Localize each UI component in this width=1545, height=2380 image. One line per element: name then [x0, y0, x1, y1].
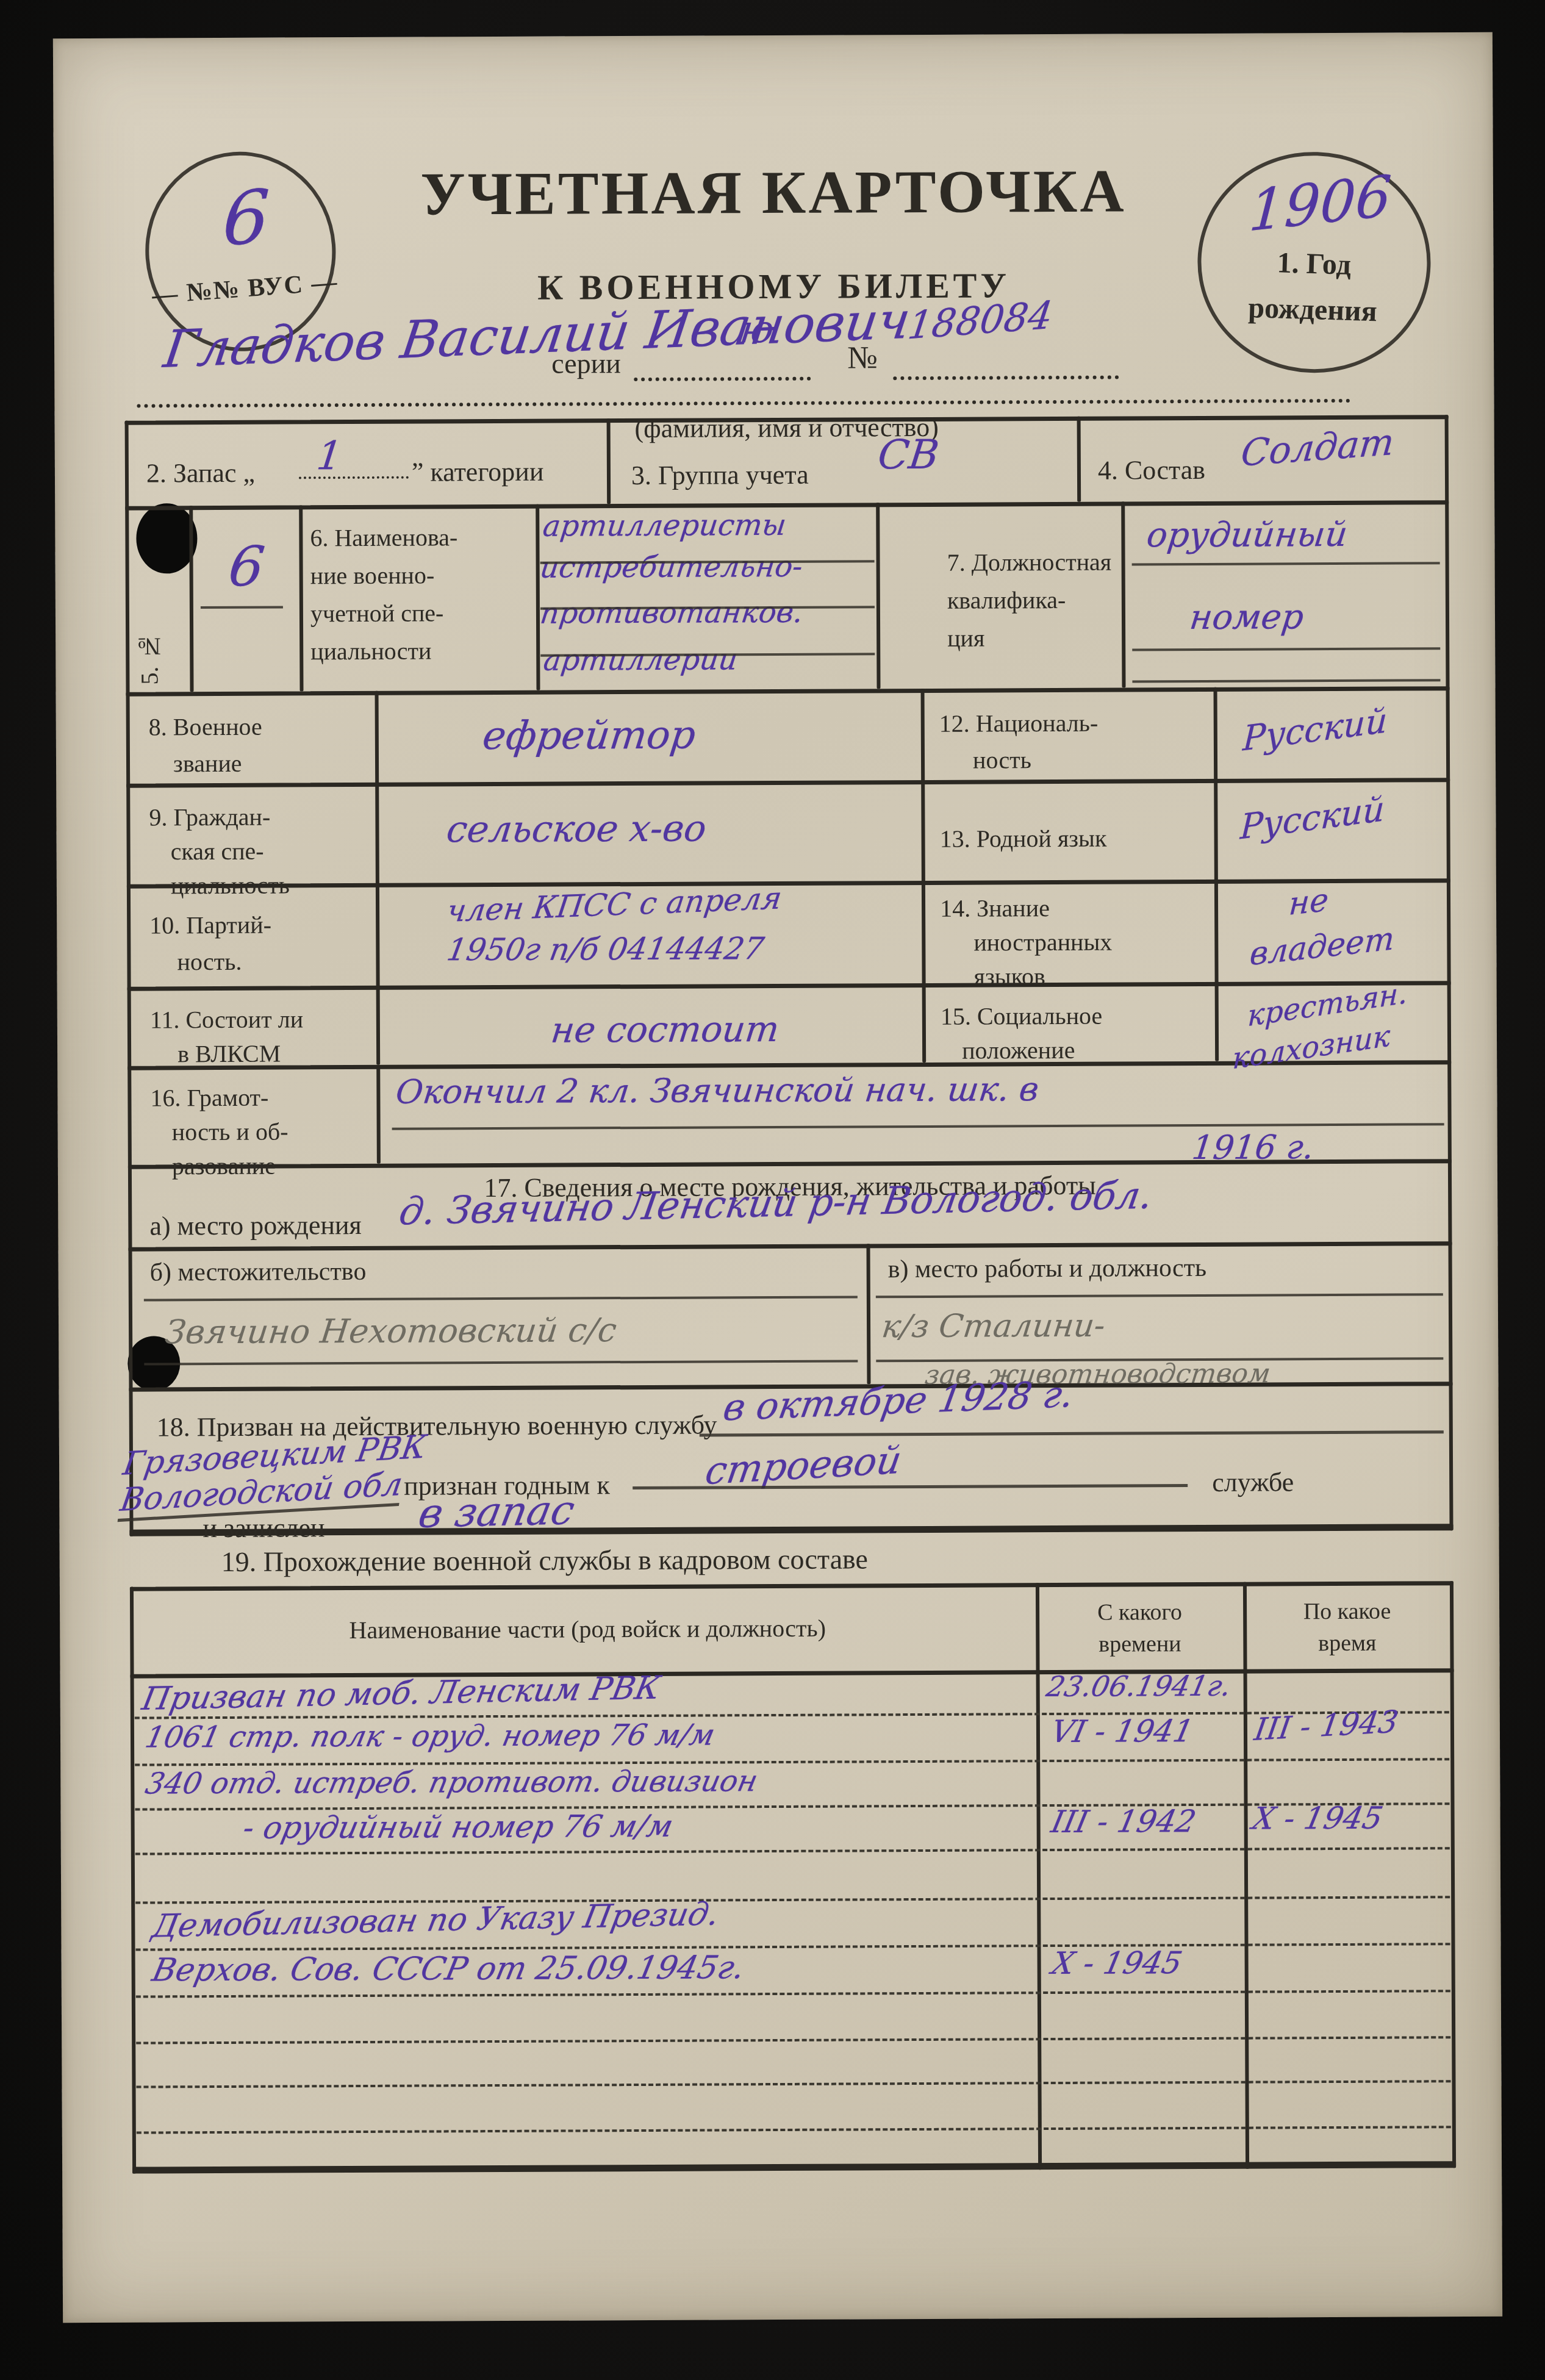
table-row-to: III - 1943	[1252, 1704, 1401, 1747]
vus-stamp-label: — №№ ВУС —	[151, 268, 336, 310]
table-row-from: X - 1945	[1049, 1945, 1186, 1981]
residence-value: Звячино Нехотовский с/с	[163, 1311, 618, 1351]
spec-label-line: ние военно-	[310, 556, 536, 595]
gramot-label-line: 16. Грамот-	[150, 1080, 370, 1116]
work-label: в) место работы и должность	[888, 1253, 1207, 1284]
nac-label-line: 12. Националь-	[939, 704, 1202, 742]
field-spec-value-3: противотанков.	[539, 595, 805, 631]
field-sostav-value: Солдат	[1239, 420, 1396, 475]
birth-year-stamp: 1906 1. Год рождения	[1194, 148, 1434, 376]
field-part-value-2: 1950г п/б 04144427	[444, 931, 766, 967]
section18-label-1: 18. Призван на действительную военную сл…	[157, 1409, 717, 1443]
section18-label-3: и зачислен	[203, 1512, 324, 1544]
table-col-name: Наименование части (род войск и должност…	[145, 1613, 1030, 1645]
zvanie-label-line: звание	[149, 745, 368, 783]
photo-background: 6 — №№ ВУС — 1906 1. Год рождения УЧЕТНА…	[0, 0, 1545, 2380]
table-row-to: X - 1945	[1250, 1801, 1386, 1837]
field-rodnoy-label: 13. Родной язык	[939, 824, 1106, 853]
soc-label-line: положение	[941, 1033, 1203, 1068]
vlksm-label-line: 11. Состоит ли	[150, 1002, 370, 1038]
inostr-label-line: иностранных	[940, 925, 1202, 960]
field-zvanie-value: ефрейтор	[480, 713, 698, 759]
zvanie-label-line: 8. Военное	[149, 708, 368, 746]
spec-label-line: 6. Наименова-	[310, 518, 536, 557]
field-kvalif-label: 7. Должностная квалифика- ция	[947, 543, 1124, 658]
field-sostav-label: 4. Состав	[1098, 454, 1205, 486]
part-label-line: 10. Партий-	[149, 906, 369, 944]
field-gruppa-value: СВ	[875, 431, 941, 478]
number-dotted-line	[893, 376, 1119, 381]
field-zvanie-label: 8. Военное звание	[149, 708, 369, 783]
field-kvalif-value-2: номер	[1188, 597, 1306, 637]
field-spec-value-2: истребительно-	[538, 550, 805, 585]
section19-header: 19. Прохождение военной службы в кадрово…	[221, 1543, 868, 1578]
field-nomer-vus-value: 6	[225, 535, 268, 599]
grazhd-label-line: ская спе-	[149, 834, 369, 869]
spec-label-line: циальности	[310, 632, 536, 671]
soc-label-line: 15. Социальное	[941, 998, 1203, 1034]
kvalif-label-line: 7. Должностная	[947, 543, 1124, 582]
field-gramot-value-1: Окончил 2 кл. Звячинской нач. шк. в	[394, 1070, 1041, 1111]
field-grazhd-value: сельское х-во	[444, 807, 709, 851]
field-zapas-value: 1	[314, 434, 344, 479]
field-spec-value-1: артиллеристы	[541, 508, 788, 543]
field-nomer-vus-label: 5. №	[134, 544, 163, 684]
field-vlksm-value: не состоит	[549, 1008, 781, 1051]
inostr-label-line: 14. Знание	[940, 891, 1202, 926]
vlksm-label-line: в ВЛКСМ	[150, 1036, 370, 1072]
field-rodnoy-value: Русский	[1239, 789, 1386, 848]
field-inostr-value-2: владеет	[1249, 920, 1396, 973]
name-dotted-line	[137, 399, 1350, 408]
field-part-value-1: член КПСС с апреля	[445, 880, 784, 929]
gramot-label-line: ность и об-	[151, 1114, 370, 1150]
field-kvalif-value-1: орудийный	[1145, 515, 1350, 555]
field-vlksm-label: 11. Состоит ли в ВЛКСМ	[150, 1002, 370, 1072]
birth-year-label-1: 1. Год	[1201, 244, 1428, 284]
card-title: УЧЕТНАЯ КАРТОЧКА	[346, 156, 1200, 229]
birth-year-label-2: рождения	[1199, 289, 1426, 329]
field-nac-value: Русский	[1242, 701, 1388, 759]
inostr-label-line: языков	[940, 959, 1202, 994]
table-row-name: 1061 стр. полк - оруд. номер 76 м/м	[142, 1718, 718, 1754]
work-value-1: к/з Сталини-	[880, 1308, 1108, 1346]
field-inostr-label: 14. Знание иностранных языков	[940, 891, 1203, 994]
field-nac-label: 12. Националь- ность	[939, 704, 1202, 779]
spec-label-line: учетной спе-	[310, 594, 536, 633]
series-dotted-line	[634, 377, 811, 381]
table-col-from-1: С какого	[1041, 1599, 1239, 1626]
grazhd-label-line: 9. Граждан-	[149, 800, 368, 835]
table-row-from: 23.06.1941г.	[1044, 1669, 1234, 1703]
field-grazhd-label: 9. Граждан- ская спе- циальность	[149, 800, 369, 903]
table-col-to-2: время	[1248, 1629, 1446, 1657]
grazhd-label-line: циальность	[149, 868, 369, 903]
card-paper: 6 — №№ ВУС — 1906 1. Год рождения УЧЕТНА…	[53, 32, 1502, 2323]
zapas-dotted	[299, 476, 409, 479]
residence-label: б) местожительство	[150, 1257, 367, 1288]
part-label-line: ность.	[149, 943, 369, 981]
table-row-name: - орудийный номер 76 м/м	[240, 1808, 676, 1846]
field-zapas-suffix: ” категории	[412, 456, 544, 488]
field-gramot-label: 16. Грамот- ность и об- разование	[150, 1080, 370, 1184]
table-col-to-1: По какое	[1248, 1597, 1446, 1625]
table-row-name: Верхов. Сов. СССР от 25.09.1945г.	[149, 1949, 748, 1988]
field-gruppa-label: 3. Группа учета	[631, 459, 809, 491]
field-gramot-value-2: 1916 г.	[1190, 1128, 1316, 1167]
table-row-from: VI - 1941	[1048, 1713, 1197, 1749]
name-caption: (фамилия, имя и отчество)	[482, 411, 1092, 445]
table-col-from-2: времени	[1041, 1630, 1239, 1658]
birth-place-label: а) место рождения	[149, 1210, 362, 1242]
kvalif-label-line: ция	[947, 619, 1124, 658]
field-zapas-label: 2. Запас „	[146, 457, 255, 489]
section18-value-3: в запас	[415, 1486, 578, 1537]
field-spec-label: 6. Наименова- ние военно- учетной спе- ц…	[310, 518, 536, 671]
nac-label-line: ность	[939, 741, 1202, 779]
table-row-from: III - 1942	[1049, 1804, 1199, 1840]
field-soc-label: 15. Социальное положение	[941, 998, 1203, 1068]
field-spec-value-4: артиллерии	[542, 642, 739, 677]
field-inostr-value-1: не	[1288, 881, 1330, 923]
vus-stamp-value: 6	[221, 174, 271, 263]
field-part-label: 10. Партий- ность.	[149, 906, 370, 981]
birth-year-value: 1906	[1247, 163, 1394, 245]
kvalif-label-line: квалифика-	[947, 581, 1124, 620]
section18-value-1: в октябре 1928 г.	[720, 1373, 1077, 1430]
section18-suffix-2: службе	[1212, 1466, 1294, 1498]
table-row-name: 340 отд. истреб. противот. дивизион	[142, 1764, 761, 1801]
